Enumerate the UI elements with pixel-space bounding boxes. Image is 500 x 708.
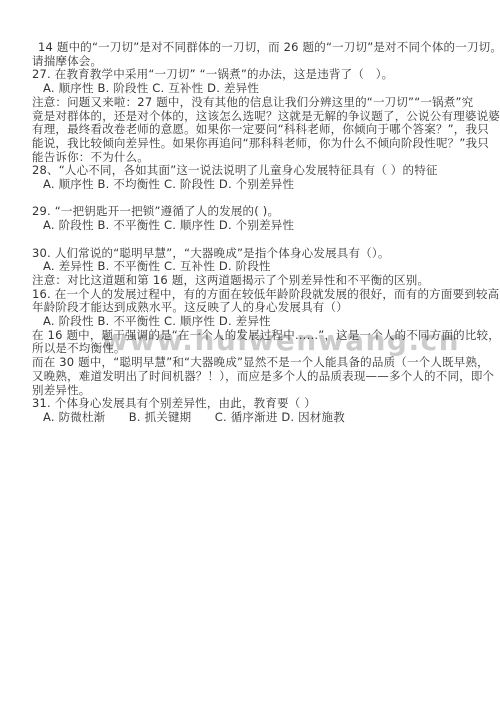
question-line: 28、“人心不同，各如其面”这一说法说明了儿童身心发展特征具有（ ）的特征 (32, 164, 477, 178)
text-line: 14 题中的“一刀切”是对不同群体的一刀切，而 26 题的“一刀切”是对不同个体… (32, 41, 477, 55)
options-line: A. 阶段性 B. 不平衡性 C. 顺序性 D. 差异性 (32, 315, 477, 329)
question-line: 29. “一把钥匙开一把锁”遵循了人的发展的( )。 (32, 205, 477, 219)
text-line: 请揣摩体会。 (32, 55, 477, 69)
text-line: 能说，我比较倾向差异性。如果你再追问“那科科老师，你为什么不倾向阶段性呢？”我只 (32, 137, 477, 151)
text-line: 别差异性。 (32, 384, 477, 398)
document-content: 14 题中的“一刀切”是对不同群体的一刀切，而 26 题的“一刀切”是对不同个体… (32, 41, 477, 425)
options-line: A. 防微杜渐 B. 抓关键期 C. 循序渐进 D. 因材施教 (32, 411, 477, 425)
options-line: A. 顺序性 B. 不均衡性 C. 阶段性 D. 个别差异性 (32, 178, 477, 192)
text-line: 有理，最终看改卷老师的意愿。如果你一定要问“科科老师，你倾向于哪个答案？”，我只 (32, 123, 477, 137)
question-line: 16. 在一个人的发展过程中，有的方面在较低年龄阶段就发展的很好，而有的方面要到… (32, 288, 477, 302)
text-line: 年龄阶段才能达到成熟水平。这反映了人的身心发展具有（） (32, 301, 477, 315)
document-page: www.huiwenwang.cn 14 题中的“一刀切”是对不同群体的一刀切，… (0, 0, 500, 708)
question-line: 27. 在教育教学中采用“一刀切” “一锅煮”的办法，这是违背了（ ）。 (32, 68, 477, 82)
text-line: 注意：对比这道题和第 16 题，这两道题揭示了个别差异性和不平衡的区别。 (32, 274, 477, 288)
text-line: 而在 30 题中，“聪明早慧”和“大器晚成”显然不是一个人能具备的品质（一个人既… (32, 356, 477, 370)
options-line: A. 阶段性 B. 不平衡性 C. 顺序性 D. 个别差异性 (32, 219, 477, 233)
question-line: 31. 个体身心发展具有个别差异性，由此，教育要（ ） (32, 397, 477, 411)
text-line: 竟是对群体的，还是对个体的，这该怎么选呢？这就是无解的争议题了，公说公有理婆说婆 (32, 110, 477, 124)
options-line: A. 顺序性 B. 阶段性 C. 互补性 D. 差异性 (32, 82, 477, 96)
question-line: 30. 人们常说的“聪明早慧”，“大器晚成”是指个体身心发展具有（）。 (32, 247, 477, 261)
text-line: 在 16 题中，题干强调的是“在一个人的发展过程中……”，这是一个人的不同方面的… (32, 329, 477, 343)
text-line: 能告诉你：不为什么。 (32, 151, 477, 165)
text-line: 又晚熟，难道发明出了时间机器？！），而应是多个人的品质表现——多个人的不同，即个 (32, 370, 477, 384)
options-line: A. 差异性 B. 不平衡性 C. 互补性 D. 阶段性 (32, 260, 477, 274)
text-line: 所以是不均衡性。 (32, 342, 477, 356)
text-line: 注意：问题又来啦：27 题中，没有其他的信息让我们分辨这里的“一刀切”“一锅煮”… (32, 96, 477, 110)
